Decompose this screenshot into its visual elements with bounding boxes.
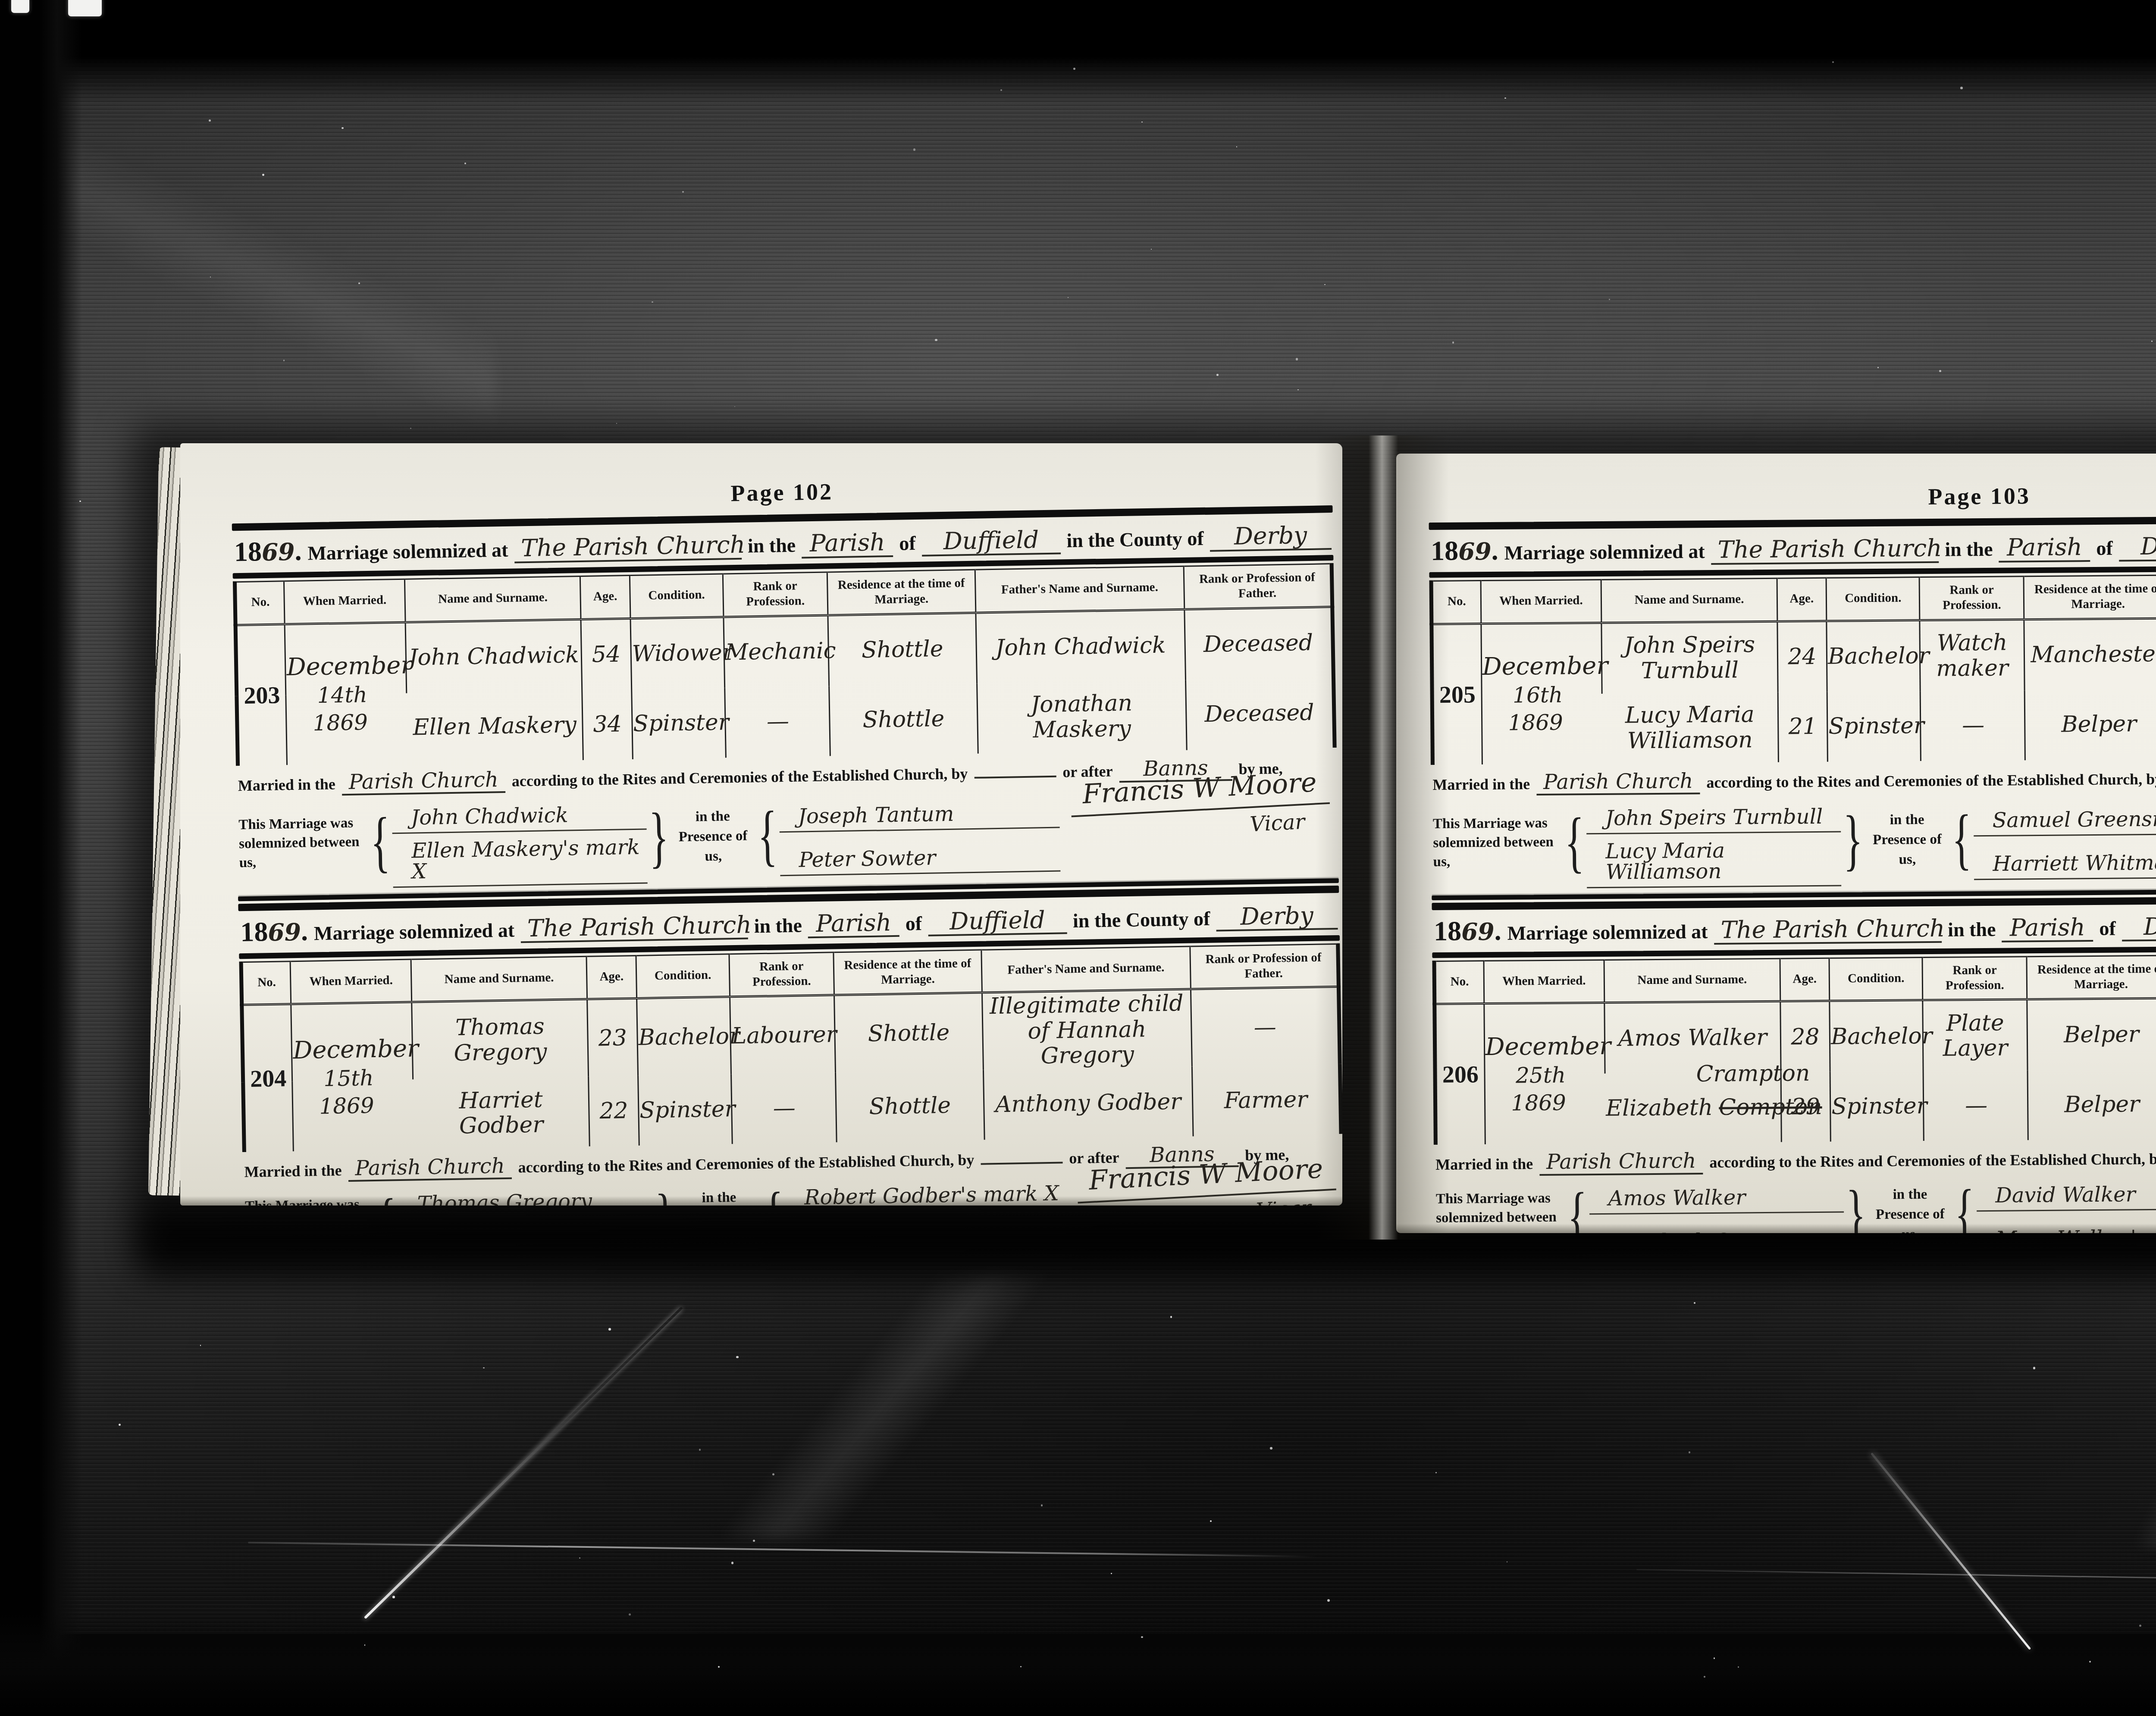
officiant-signature: Francis W Moore Vicar (1069, 765, 1331, 845)
groom-residence: Belper (2027, 998, 2156, 1070)
col-header: Condition. (1826, 577, 1920, 621)
groom-father: John Chadwick (976, 609, 1185, 683)
witness-signature: Harriett Whitman (1974, 839, 2156, 880)
church-name: The Parish Church (1711, 538, 1939, 565)
col-header: No. (1431, 581, 1481, 624)
col-header: Rank or Profession. (723, 572, 827, 617)
groom-residence: Shottle (828, 613, 977, 686)
film-speck (342, 127, 343, 129)
when-married: December25th1869 (1484, 1003, 1605, 1145)
bride-condition: Spinster (632, 688, 726, 759)
film-speck (731, 1562, 734, 1564)
film-speck (608, 1328, 611, 1330)
groom-name: Thomas Gregory (412, 999, 589, 1080)
col-header: No. (235, 581, 285, 625)
brace-close: } (1843, 811, 1863, 869)
film-speck (464, 163, 466, 164)
groom-profession: Labourer (730, 995, 836, 1074)
bride-father-rank: Farmer (1192, 1064, 1341, 1137)
church-name: The Parish Church (520, 914, 748, 943)
col-header: Name and Surname. (1601, 578, 1777, 623)
blank-line (974, 758, 1056, 778)
groom-row: 205 December16th1869 John Speirs Turnbul… (1432, 615, 2156, 695)
film-speck (1694, 1302, 1695, 1304)
married-in-line: Married in the Parish Church according t… (1435, 1142, 2156, 1176)
groom-signature: Thomas Gregory (398, 1178, 653, 1206)
entry-no: 203 (235, 624, 287, 765)
brace-open: { (1952, 810, 1972, 868)
entry-table: No.When Married.Name and Surname.Age.Con… (1432, 952, 2156, 1145)
bride-father: Jonathan Maskery (977, 680, 1187, 753)
film-speck (364, 1644, 365, 1645)
groom-father-rank: Deceased (1184, 607, 1333, 680)
entry-year: 1869. (1434, 915, 1501, 947)
film-speck (1960, 87, 1963, 89)
blank-line (981, 1145, 1063, 1165)
area-type: Parish (802, 532, 893, 558)
film-speck (1210, 1520, 1212, 1522)
groom-age: 23 (587, 999, 638, 1077)
film-notch-tab (11, 0, 29, 13)
film-speck (1609, 299, 1610, 300)
col-header: When Married. (1484, 960, 1605, 1004)
bride-profession: — (1924, 1071, 2028, 1141)
entry-no: 206 (1435, 1004, 1485, 1145)
film-speck (1507, 1561, 1508, 1563)
groom-residence: Manchester (2024, 618, 2156, 690)
col-header: When Married. (291, 959, 412, 1004)
film-speck (1877, 367, 1878, 368)
marriage-entry-203: 1869. Marriage solemnized at The Parish … (232, 505, 1339, 901)
film-left-edge (0, 0, 82, 1716)
brace-open: { (1567, 1188, 1588, 1233)
married-place: Parish Church (1536, 772, 1700, 795)
bride-signature: Elizabeth Crampton (1589, 1218, 1844, 1233)
inserted-name: Crampton (1696, 1061, 1810, 1087)
brace-open: { (1564, 813, 1585, 871)
film-speck (1296, 358, 1298, 360)
parish-name: Duffield (921, 529, 1061, 556)
groom-condition: Bachelor (636, 997, 731, 1076)
col-header: Condition. (630, 574, 724, 618)
bride-name: Harriet Godber (413, 1077, 590, 1149)
film-speck (2139, 1625, 2141, 1627)
film-speck (1020, 1666, 1022, 1667)
entry-table: No.When Married.Name and Surname.Age.Con… (239, 943, 1342, 1152)
film-speck (79, 501, 81, 502)
col-header: Residence at the time of Marriage. (2027, 955, 2156, 999)
film-speck (1236, 146, 1237, 147)
film-speck (210, 276, 211, 277)
col-header: When Married. (1481, 579, 1602, 623)
bride-age: 34 (582, 689, 633, 760)
film-speck (1270, 1447, 1272, 1450)
brace-open: { (1954, 1185, 1974, 1233)
witness-signature: Peter Sowter (780, 833, 1060, 876)
bride-profession: — (731, 1072, 837, 1144)
film-speck (1939, 370, 1941, 372)
bride-name: Lucy Maria Williamson (1602, 692, 1778, 763)
marriage-entry-206: 1869. Marriage solemnized at The Parish … (1432, 894, 2156, 1233)
bride-residence: Shottle (835, 1070, 984, 1143)
film-speck (1216, 374, 1218, 376)
film-speck (392, 1596, 395, 1598)
area-type: Parish (808, 912, 899, 939)
groom-age: 24 (1777, 621, 1827, 692)
film-speck (483, 1367, 485, 1369)
col-header: No. (1434, 961, 1484, 1004)
married-in-line: Married in the Parish Church according t… (1432, 762, 2156, 796)
film-notch-tab (68, 0, 102, 16)
film-speck (616, 423, 617, 424)
entry-year: 1869. (1431, 535, 1498, 567)
brace-open: { (757, 806, 778, 864)
county-name: Derby (1210, 524, 1332, 551)
film-speck (1704, 1676, 1705, 1677)
col-header: Father's Name and Surname. (981, 946, 1191, 993)
bride-signature: Ellen Maskery's mark X (392, 835, 648, 888)
bride-father-rank: Deceased (1185, 678, 1335, 750)
col-header: Residence at the time of Marriage. (827, 570, 976, 615)
entry-no: 204 (242, 1004, 294, 1152)
marriage-entry-205: 1869. Marriage solemnized at The Parish … (1429, 514, 2156, 900)
col-header: Rank or Profession of Father. (1184, 564, 1332, 609)
bride-profession: — (725, 686, 830, 758)
groom-profession: Watch maker (1920, 619, 2024, 691)
col-header: Age. (1780, 958, 1830, 1001)
col-header: Age. (586, 955, 636, 999)
col-header: Condition. (1829, 957, 1923, 1001)
marriage-entry-204: 1869. Marriage solemnized at The Parish … (238, 886, 1342, 1206)
witness-signature: Joseph Tantum (779, 789, 1059, 833)
church-name: The Parish Church (1714, 918, 1942, 945)
groom-condition: Bachelor (1827, 620, 1921, 692)
bride-name: Ellen Maskery (407, 690, 583, 763)
married-place: Parish Church (1539, 1152, 1703, 1175)
county-name: Derby (1216, 905, 1338, 932)
film-speck (935, 339, 937, 341)
film-speck (1170, 1316, 1172, 1318)
col-header: Residence at the time of Marriage. (834, 950, 982, 995)
groom-residence: Shottle (834, 993, 983, 1072)
col-header: No. (241, 961, 291, 1005)
brace-open: { (763, 1187, 784, 1206)
bride-age: 22 (589, 1076, 639, 1146)
groom-name: John Speirs Turnbull (1601, 621, 1777, 694)
film-speck (2151, 341, 2153, 342)
groom-signature: John Chadwick (392, 791, 646, 834)
col-header: Residence at the time of Marriage. (2024, 575, 2156, 619)
col-header: Condition. (636, 954, 730, 999)
signature-row: This Marriage was solemnized between us,… (1435, 1169, 2156, 1233)
film-speck (1111, 1573, 1112, 1574)
brace-close: } (1846, 1186, 1866, 1233)
film-bottom-band (0, 1613, 2156, 1716)
groom-father-rank: — (1191, 987, 1340, 1067)
film-speck (1689, 1451, 1690, 1453)
bride-condition: Spinster (638, 1074, 732, 1146)
film-top-band (0, 0, 2156, 103)
groom-signature: John Speirs Turnbull (1586, 794, 1841, 834)
entry-table: No.When Married.Name and Surname.Age.Con… (233, 563, 1337, 766)
groom-father: Illegitimate child of Hannah Gregory (982, 989, 1192, 1070)
col-header: When Married. (284, 579, 405, 624)
film-speck (579, 1557, 580, 1559)
bride-residence: Belper (2024, 689, 2156, 760)
entry-table: No.When Married.Name and Surname.Age.Con… (1429, 572, 2156, 765)
col-header: Father's Name and Surname. (975, 566, 1184, 613)
witness-signature: Mary Walker's mark X (1977, 1215, 2156, 1233)
groom-age: 54 (581, 618, 631, 690)
col-header: Rank or Profession of Father. (1190, 944, 1338, 989)
when-married: December14th1869 (285, 622, 408, 765)
area-type: Parish (1999, 536, 2090, 562)
bride-residence: Shottle (829, 683, 978, 756)
brace-close: } (655, 1190, 675, 1206)
entry-no: 205 (1432, 623, 1482, 764)
film-speck (1000, 89, 1002, 91)
page-number: Page 103 (1429, 479, 2156, 514)
brace-close: } (649, 808, 669, 866)
col-header: Rank or Profession. (729, 952, 834, 997)
col-header: Rank or Profession. (1922, 956, 2027, 1000)
col-header: Age. (580, 576, 630, 619)
bride-name: ElizabethComptonCrampton (1605, 1072, 1781, 1143)
bride-signature: Lucy Maria Williamson (1586, 837, 1841, 888)
when-married: December16th1869 (1481, 623, 1602, 764)
col-header: Age. (1777, 578, 1827, 621)
page-103: Page 103 1869. Marriage solemnized at Th… (1396, 454, 2156, 1233)
married-place: Parish Church (348, 1157, 512, 1182)
brace-open: { (370, 813, 391, 871)
witness-signature: Robert Godber's mark X (785, 1171, 1065, 1206)
film-speck (913, 148, 915, 150)
parish-name: Duffield (928, 909, 1067, 936)
bride-condition: Spinster (1827, 691, 1921, 762)
film-speck (1452, 341, 1454, 343)
groom-profession: Plate Layer (1923, 999, 2028, 1071)
film-speck (718, 1666, 720, 1668)
entry-year: 1869. (234, 535, 302, 568)
struck-name: Compton (1719, 1094, 1822, 1121)
church-name: The Parish Church (514, 534, 742, 563)
witness-signature: Samuel Greensmith (1973, 796, 2156, 836)
col-header: Rank or Profession. (1920, 576, 2024, 620)
film-speck (200, 1345, 201, 1346)
groom-profession: Mechanic (724, 615, 829, 688)
area-type: Parish (2002, 917, 2093, 943)
brace-open: { (376, 1194, 397, 1206)
witness-signature: David Walker (1976, 1171, 2156, 1212)
bride-residence: Belper (2028, 1069, 2156, 1140)
bride-father: Anthony Godber (984, 1067, 1193, 1140)
groom-condition: Widower (630, 617, 725, 689)
col-header: Name and Surname. (1604, 958, 1780, 1003)
film-speck (1832, 61, 1834, 63)
bride-profession: — (1921, 690, 2025, 761)
film-speck (772, 1473, 774, 1475)
parish-name: Duffield (2122, 915, 2156, 942)
film-speck (1714, 1657, 1715, 1659)
film-speck (2033, 1367, 2035, 1369)
film-speck (629, 1613, 631, 1616)
bride-age: 21 (1778, 692, 1828, 762)
groom-condition: Bachelor (1830, 1000, 1924, 1072)
groom-name: John Chadwick (405, 619, 582, 693)
when-married: December15th1869 (291, 1002, 414, 1151)
signature-row: This Marriage was solemnized between us,… (1433, 789, 2156, 889)
bride-condition: Spinster (1830, 1071, 1924, 1142)
married-place: Parish Church (342, 770, 505, 795)
parish-name: Duffield (2119, 535, 2156, 561)
col-header: Name and Surname. (405, 576, 581, 622)
groom-signature: Amos Walker (1589, 1174, 1844, 1215)
register-book: Page 102 1869. Marriage solemnized at Th… (155, 435, 2156, 1240)
entry-year: 1869. (240, 915, 308, 948)
film-speck (358, 282, 360, 284)
col-header: Name and Surname. (411, 956, 587, 1002)
page-102: Page 102 1869. Marriage solemnized at Th… (180, 443, 1342, 1206)
film-speck (1073, 68, 1075, 70)
